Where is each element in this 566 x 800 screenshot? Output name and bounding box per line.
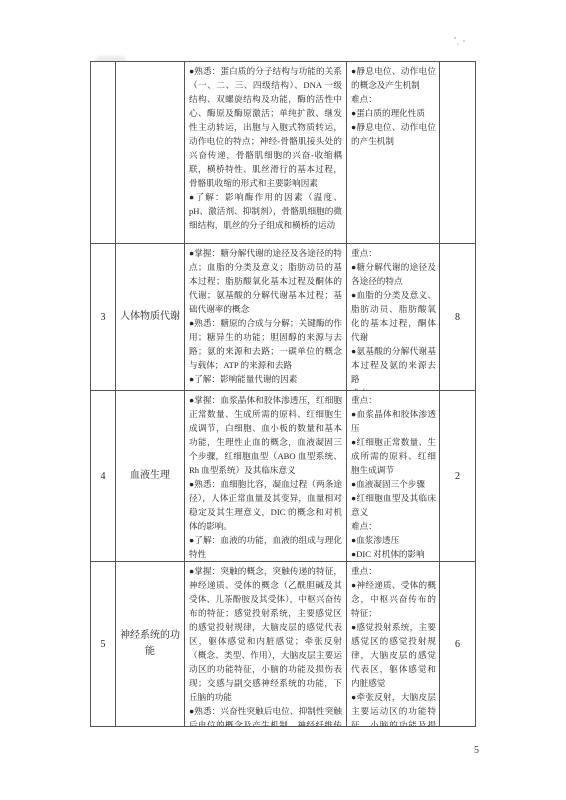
text-line: ●了解：血液的功能，血液的组成与理化特性 [189,533,342,561]
text-line: ●血脂的分类及意义、脂肪动员、脂肪酸氧化的基本过程，酮体代谢 [351,288,436,344]
key-points-cell: 重点：●神经递质、受体的概念，中枢兴奋传布的特征；●感觉投射系统，主要感觉区的感… [347,562,440,726]
table-row-metabolism: 3 人体物质代谢 ●掌握：糖分解代谢的途径及各途径的特点；血脂的分类及意义；脂肪… [91,244,475,391]
text-line: 重点： [351,393,436,407]
content-cell: ●掌握：糖分解代谢的途径及各途径的特点；血脂的分类及意义；脂肪动员的基本过程；脂… [185,244,347,390]
text-line: ●神经递质、受体的概念，中枢兴奋传布的特征； [351,578,436,620]
content-cell: ●掌握：血浆晶体和胶体渗透压，红细胞正常数量、生成所需的原料、红细胞生成调节，白… [185,391,347,561]
text-line: ●红细胞正常数量、生成所需的原料、红细胞生成调节 [351,435,436,477]
text-line: ●熟悉：兴奋性突触后电位、抑制性突触后电位的概念及产生机制，神经纤维传导兴奋的特… [189,704,342,726]
text-line: ●掌握：突触的概念，突触传递的特征，神经递质、受体的概念（乙酰胆碱及其受体、儿茶… [189,564,342,704]
text-line: 难点： [351,92,436,106]
text-line: ●红细胞血型及其临床意义 [351,491,436,519]
text-line: ●了解：影响能量代谢的因素 [189,372,342,386]
key-points-cell: ●静息电位、动作电位的概念及产生机制难点：●蛋白质的理化性质●静息电位、动作电位… [347,62,440,243]
content-cell: ●掌握：突触的概念，突触传递的特征，神经递质、受体的概念（乙酰胆碱及其受体、儿茶… [185,562,347,726]
hours-cell: 6 [440,562,475,726]
text-line: ●DIC 对机体的影响 [351,547,436,561]
chapter-number-cell: 3 [91,244,116,390]
text-line: 难点： [351,386,436,390]
hours-cell: 8 [440,244,475,390]
table-row-continuation: ●熟悉：蛋白质的分子结构与功能的关系（一、二、三、四级结构）、DNA 一级结构、… [91,62,475,244]
text-line: ●牵张反射，大脑皮层主要运动区的功能特征，小脑的功能及损伤 [351,690,436,726]
chapter-number-cell: 5 [91,562,116,726]
scan-artifact-dots [454,37,456,39]
chapter-title-cell: 神经系统的功能 [116,562,185,726]
text-line: ●掌握：糖分解代谢的途径及各途径的特点；血脂的分类及意义；脂肪动员的基本过程；脂… [189,246,342,316]
text-line: 重点： [351,564,436,578]
text-line: ●掌握：血浆晶体和胶体渗透压，红细胞正常数量、生成所需的原料、红细胞生成调节，白… [189,393,342,477]
chapter-number-cell: 4 [91,391,116,561]
table-row-blood-physiology: 4 血液生理 ●掌握：血浆晶体和胶体渗透压，红细胞正常数量、生成所需的原料、红细… [91,391,475,562]
hours-cell: 2 [440,391,475,561]
text-line: ●静息电位、动作电位的产生机制 [351,120,436,148]
text-line: ●氨基酸的分解代谢基本过程及氨的来源去路 [351,344,436,386]
text-line: ●了解：影响酶作用的因素（温度、pH、激活剂、抑制剂），骨骼肌细胞的微细结构，肌… [189,190,342,232]
chapter-title-cell: 人体物质代谢 [116,244,185,390]
table-row-nervous-system: 5 神经系统的功能 ●掌握：突触的概念，突触传递的特征，神经递质、受体的概念（乙… [91,562,475,726]
content-cell: ●熟悉：蛋白质的分子结构与功能的关系（一、二、三、四级结构）、DNA 一级结构、… [185,62,347,243]
text-line: ●感觉投射系统，主要感觉区的感觉投射规律，大脑皮层的感觉代表区，躯体感觉和内脏感… [351,620,436,690]
text-line: 重点： [351,246,436,260]
text-line: ●血浆渗透压 [351,533,436,547]
text-line: ●静息电位、动作电位的概念及产生机制 [351,64,436,92]
document-page: ●熟悉：蛋白质的分子结构与功能的关系（一、二、三、四级结构）、DNA 一级结构、… [0,0,566,800]
key-points-cell: 重点：●糖分解代谢的途径及各途径的特点●血脂的分类及意义、脂肪动员、脂肪酸氧化的… [347,244,440,390]
chapter-title-cell: 血液生理 [116,391,185,561]
text-line: ●血液凝固三个步骤 [351,477,436,491]
text-line: ●熟悉：糖原的合成与分解；关键酶的作用；糖异生的功能；胆固醇的来源与去路；氨的来… [189,316,342,372]
hours-cell [440,62,475,243]
syllabus-table: ●熟悉：蛋白质的分子结构与功能的关系（一、二、三、四级结构）、DNA 一级结构、… [90,61,476,727]
key-points-cell: 重点：●血浆晶体和胶体渗透压●红细胞正常数量、生成所需的原料、红细胞生成调节●血… [347,391,440,561]
chapter-title-cell [116,62,185,243]
page-number: 5 [474,745,479,756]
text-line: ●熟悉：蛋白质的分子结构与功能的关系（一、二、三、四级结构）、DNA 一级结构、… [189,64,342,190]
chapter-number-cell [91,62,116,243]
text-line: 难点： [351,519,436,533]
text-line: ●熟悉：血细胞比容，凝血过程（两条途径），人体正常血量及其变异，血量相对稳定及其… [189,477,342,533]
text-line: ●蛋白质的理化性质 [351,106,436,120]
text-line: ●血浆晶体和胶体渗透压 [351,407,436,435]
text-line: ●糖分解代谢的途径及各途径的特点 [351,260,436,288]
